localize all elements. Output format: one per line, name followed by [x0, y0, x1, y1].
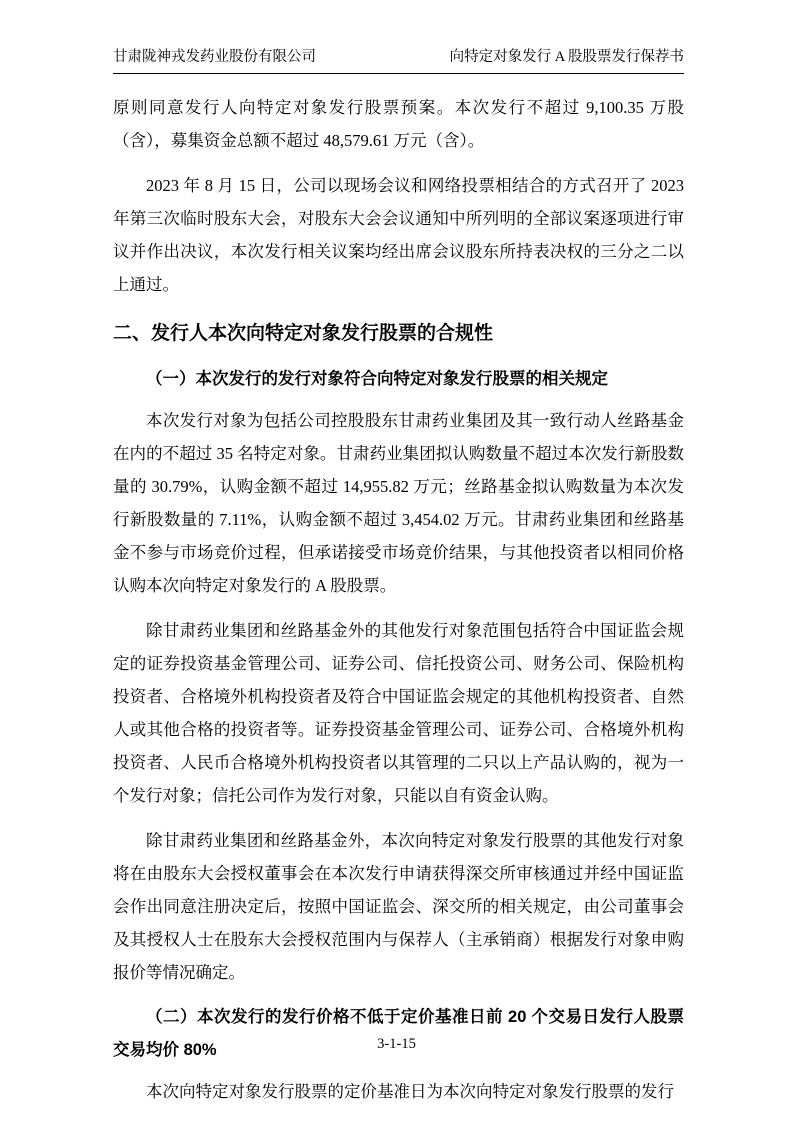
paragraph-pricing-base: 本次向特定对象发行股票的定价基准日为本次向特定对象发行股票的发行	[113, 1075, 684, 1108]
page-number: 3-1-15	[0, 1036, 793, 1053]
subsection-heading-issue-targets: （一）本次发行的发行对象符合向特定对象发行股票的相关规定	[113, 363, 684, 396]
paragraph-issue-targets: 本次发行对象为包括公司控股股东甘肃药业集团及其一致行动人丝路基金在内的不超过 3…	[113, 404, 684, 602]
section-heading-compliance: 二、发行人本次向特定对象发行股票的合规性	[113, 319, 684, 349]
header-doc-title: 向特定对象发行 A 股股票发行保荐书	[450, 46, 684, 68]
header-company-name: 甘肃陇神戎发药业股份有限公司	[113, 46, 316, 68]
subsection-heading-pricing: （二）本次发行的发行价格不低于定价基准日前 20 个交易日发行人股票交易均价 8…	[113, 1001, 684, 1067]
document-body: 原则同意发行人向特定对象发行股票预案。本次发行不超过 9,100.35 万股（含…	[113, 91, 684, 1108]
page-header: 甘肃陇神戎发药业股份有限公司 向特定对象发行 A 股股票发行保荐书	[113, 46, 684, 74]
document-page: 甘肃陇神戎发药业股份有限公司 向特定对象发行 A 股股票发行保荐书 原则同意发行…	[0, 0, 793, 1122]
paragraph-target-determination: 除甘肃药业集团和丝路基金外，本次向特定对象发行股票的其他发行对象将在由股东大会授…	[113, 824, 684, 989]
paragraph-other-targets: 除甘肃药业集团和丝路基金外的其他发行对象范围包括符合中国证监会规定的证券投资基金…	[113, 614, 684, 812]
paragraph-continuation: 原则同意发行人向特定对象发行股票预案。本次发行不超过 9,100.35 万股（含…	[113, 91, 684, 157]
paragraph-shareholder-meeting: 2023 年 8 月 15 日，公司以现场会议和网络投票相结合的方式召开了 20…	[113, 169, 684, 301]
